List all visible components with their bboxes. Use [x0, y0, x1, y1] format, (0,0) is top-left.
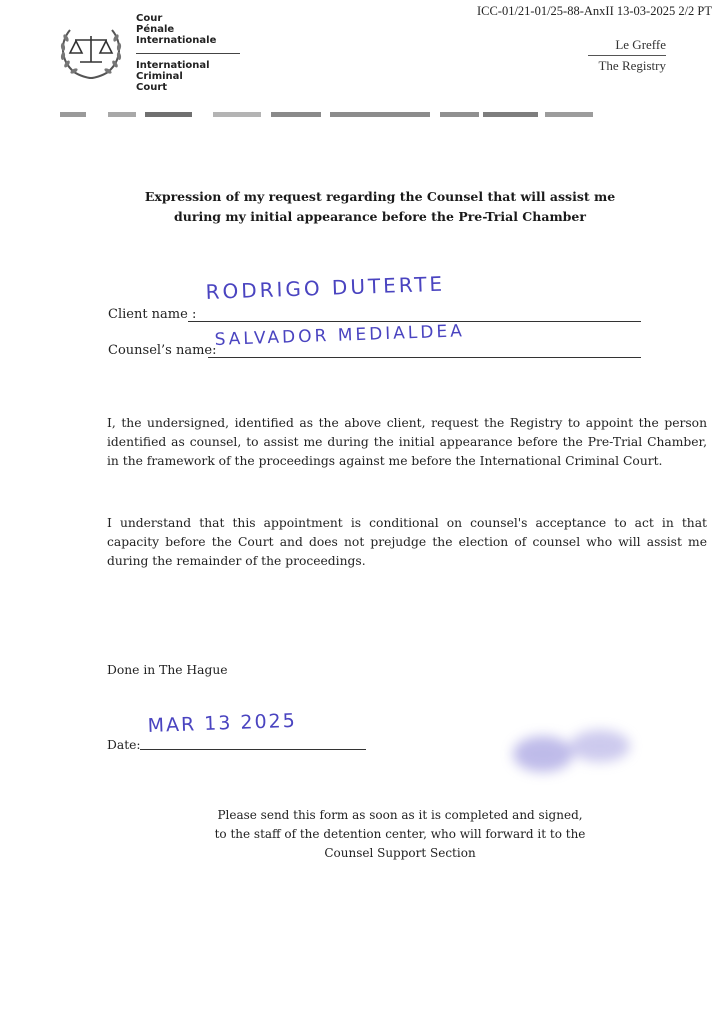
form-title-line2: during my initial appearance before the …: [0, 207, 720, 227]
counsel-name-handwritten[interactable]: SALVADOR MEDIALDEA: [214, 321, 465, 350]
court-name-fr-line: Internationale: [136, 35, 216, 46]
footer-line3: Counsel Support Section: [200, 844, 600, 863]
court-name-en-line: International: [136, 60, 210, 71]
registry-en: The Registry: [588, 58, 666, 74]
signature-redacted: [505, 720, 635, 780]
conditions-paragraph: I understand that this appointment is co…: [107, 514, 707, 571]
court-name-french: Cour Pénale Internationale: [136, 13, 216, 46]
place-text: Done in The Hague: [107, 663, 228, 677]
court-name-fr-line: Cour: [136, 13, 216, 24]
court-name-english: International Criminal Court: [136, 60, 210, 93]
header-stripe: [60, 112, 720, 118]
date-line: [140, 749, 366, 750]
document-reference: ICC-01/21-01/25-88-AnxII 13-03-2025 2/2 …: [477, 4, 712, 19]
request-paragraph: I, the undersigned, identified as the ab…: [107, 414, 707, 471]
court-name-fr-line: Pénale: [136, 24, 216, 35]
footer-line2: to the staff of the detention center, wh…: [200, 825, 600, 844]
header-divider: [136, 53, 240, 54]
registry-fr: Le Greffe: [588, 37, 666, 53]
footer-line1: Please send this form as soon as it is c…: [200, 806, 600, 825]
client-name-line: [188, 321, 641, 322]
date-label: Date:: [107, 738, 141, 752]
counsel-name-label: Counsel’s name:: [108, 343, 217, 358]
footer-instructions: Please send this form as soon as it is c…: [200, 806, 600, 863]
court-name-en-line: Criminal: [136, 71, 210, 82]
court-name-en-line: Court: [136, 82, 210, 93]
registry-divider: [588, 55, 666, 56]
client-name-label: Client name :: [108, 307, 196, 322]
scales-of-justice-laurel-icon: [58, 22, 124, 80]
counsel-name-line: [208, 357, 641, 358]
registry-label: Le Greffe The Registry: [588, 37, 666, 74]
form-title: Expression of my request regarding the C…: [0, 187, 720, 227]
date-handwritten[interactable]: MAR 13 2025: [147, 710, 297, 737]
client-name-handwritten[interactable]: RODRIGO DUTERTE: [205, 272, 445, 304]
form-title-line1: Expression of my request regarding the C…: [0, 187, 720, 207]
